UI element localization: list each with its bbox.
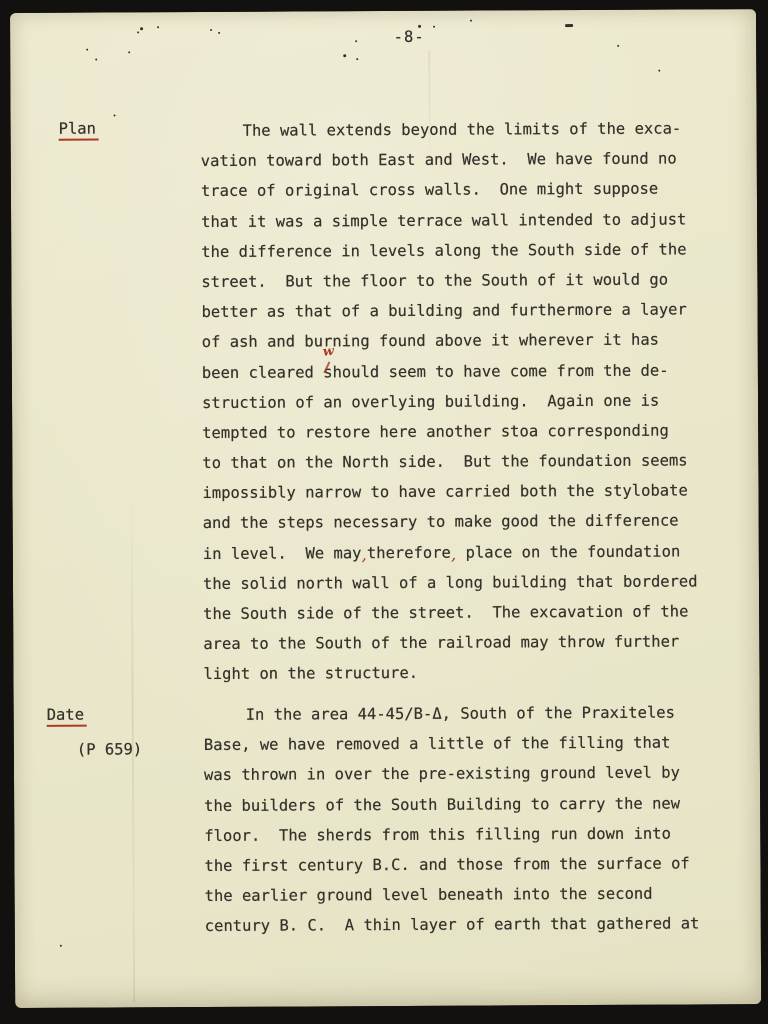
text-segment: century B. C. A thin layer of earth that…: [205, 915, 700, 936]
paragraph-date: In the area 44-45/B-Δ, South of the Prax…: [204, 697, 705, 941]
text-segment: the South side of the street. The excava…: [203, 602, 688, 623]
text-segment: In the area 44-45/B-Δ, South of the Prax…: [246, 704, 675, 724]
red-strikethrough: [324, 361, 331, 373]
text-line: vation toward both East and West. We hav…: [201, 144, 701, 177]
text-line: century B. C. A thin layer of earth that…: [205, 909, 705, 942]
text-segment: impossibly narrow to have carried both t…: [202, 482, 687, 503]
text-line: The wall extends beyond the limits of th…: [201, 113, 701, 146]
text-line: that it was a simple terrace wall intend…: [201, 204, 701, 237]
text-segment: seem to have come from the de-: [379, 361, 668, 381]
margin-label-plan: Plan: [59, 120, 99, 138]
text-line: Base, we have removed a little of the fi…: [204, 728, 704, 761]
text-segment: the earlier ground level beneath into th…: [205, 885, 653, 905]
text-segment: place on the foundation: [456, 542, 680, 561]
text-segment: area to the South of the railroad may th…: [203, 633, 679, 653]
red-ink-mark: ,: [451, 545, 457, 565]
margin-label-plan-text: Plan: [59, 120, 99, 141]
text-line: the South side of the street. The excava…: [203, 596, 703, 629]
text-segment: that it was a simple terrace wall intend…: [201, 210, 686, 231]
text-segment: the solid north wall of a long building …: [203, 572, 698, 593]
dust-specks: [10, 9, 756, 13]
text-line: the builders of the South Building to ca…: [204, 788, 704, 821]
red-ink-mark: ,: [361, 545, 367, 565]
text-segment: the builders of the South Building to ca…: [204, 794, 680, 814]
text-segment: street. But the floor to the South of it…: [201, 270, 668, 290]
text-segment: been cleared: [202, 363, 323, 382]
scanned-page: -8- Plan Date (P 659) The wall extends b…: [0, 0, 768, 1024]
text-line: struction of an overlying building. Agai…: [202, 385, 702, 418]
text-line: the first century B.C. and those from th…: [204, 848, 704, 881]
text-segment: was thrown in over the pre-existing grou…: [204, 764, 680, 784]
page-number: -8-: [10, 26, 756, 48]
text-line: and the steps necessary to make good the…: [203, 506, 703, 539]
text-segment: better as that of a building and further…: [202, 301, 687, 322]
text-line: light on the structure.: [203, 657, 703, 690]
text-segment: light on the structure.: [203, 664, 418, 683]
text-segment: and the steps necessary to make good the…: [203, 512, 679, 532]
text-line: to that on the North side. But the found…: [202, 445, 702, 478]
paper: -8- Plan Date (P 659) The wall extends b…: [10, 9, 761, 1008]
text-segment: The wall extends beyond the limits of th…: [243, 119, 682, 139]
text-segment: to that on the North side. But the found…: [202, 452, 687, 473]
text-line: better as that of a building and further…: [201, 295, 701, 328]
text-line: area to the South of the railroad may th…: [203, 627, 703, 660]
text-line: the solid north wall of a long building …: [203, 566, 703, 599]
text-line: been cleared shouldw seem to have come f…: [202, 355, 702, 388]
margin-label-date: Date: [47, 706, 87, 724]
text-segment: vation toward both East and West. We hav…: [201, 150, 677, 170]
text-line: street. But the floor to the South of it…: [201, 264, 701, 297]
text-segment: therefore: [367, 543, 451, 561]
text-line: the difference in levels along the South…: [201, 234, 701, 267]
margin-label-date-text: Date: [47, 706, 87, 727]
text-line: In the area 44-45/B-Δ, South of the Prax…: [204, 697, 704, 730]
catalog-reference: (P 659): [77, 740, 142, 758]
text-line: floor. The sherds from this filling run …: [204, 818, 704, 851]
text-segment: tempted to restore here another stoa cor…: [202, 421, 669, 441]
text-segment: trace of original cross walls. One might…: [201, 180, 658, 200]
text-line: in level. We may,therefore, place on the…: [203, 536, 703, 569]
text-segment: in level. We may: [203, 544, 362, 563]
paragraph-plan: The wall extends beyond the limits of th…: [201, 113, 704, 689]
text-line: of ash and burning found above it wherev…: [202, 325, 702, 358]
text-segment: shouldw: [323, 357, 379, 387]
text-segment: struction of an overlying building. Agai…: [202, 391, 659, 411]
text-line: trace of original cross walls. One might…: [201, 174, 701, 207]
text-segment: the difference in levels along the South…: [201, 240, 686, 261]
text-segment: of ash and burning found above it wherev…: [202, 331, 659, 351]
text-line: was thrown in over the pre-existing grou…: [204, 758, 704, 791]
handwritten-correction: w: [322, 343, 335, 359]
text-segment: floor. The sherds from this filling run …: [204, 824, 671, 844]
text-line: tempted to restore here another stoa cor…: [202, 415, 702, 448]
text-segment: the first century B.C. and those from th…: [204, 854, 689, 875]
text-segment: Base, we have removed a little of the fi…: [204, 734, 671, 754]
text-line: impossibly narrow to have carried both t…: [202, 476, 702, 509]
text-line: the earlier ground level beneath into th…: [205, 879, 705, 912]
